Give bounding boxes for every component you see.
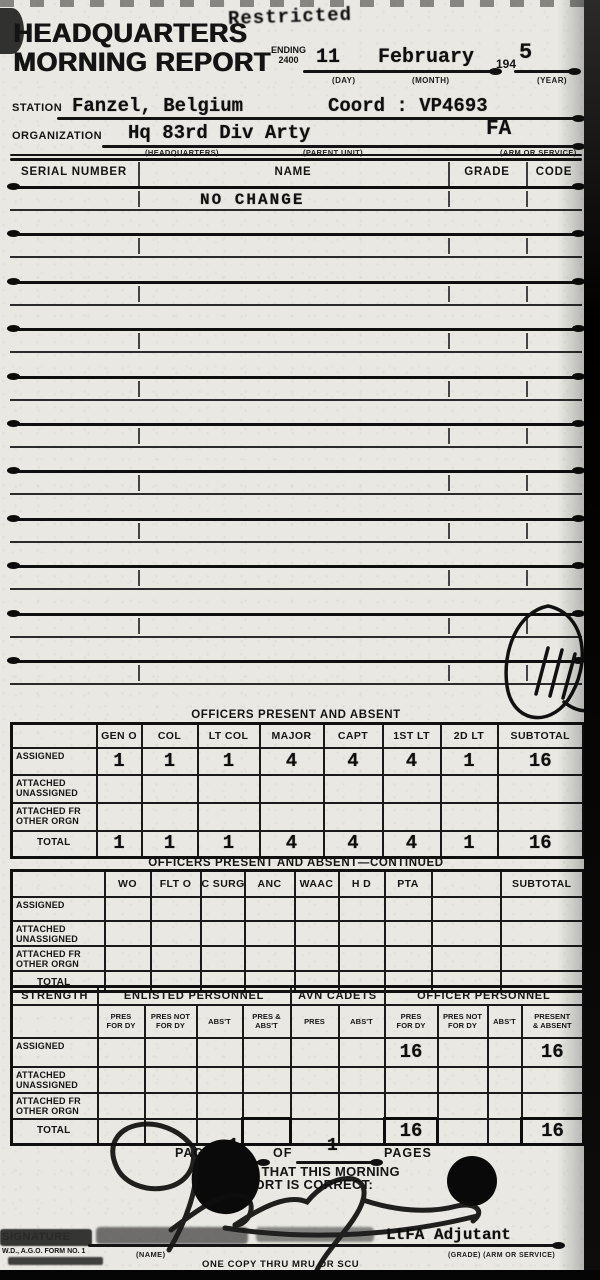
month-caption: (MONTH) (412, 76, 449, 85)
value-cell: 1 (441, 831, 498, 858)
column-header-cell: LT COL (198, 724, 260, 748)
column-header-cell: PRES (291, 1005, 339, 1038)
column-header-cell: ABS'T (488, 1005, 522, 1038)
officers-section-title: OFFICERS PRESENT AND ABSENT (10, 709, 582, 721)
column-separator (138, 523, 140, 539)
officers-continued-grid: WOFLT OC SURGANCWAACH DPTASUBTOTALASSIGN… (10, 869, 585, 993)
column-header-cell: C SURG (201, 871, 245, 897)
column-separator (138, 238, 140, 254)
path (235, 1179, 364, 1271)
value-cell: 4 (260, 831, 324, 858)
morning-report-scan: Restricted HEADQUARTERS MORNING REPORT E… (0, 0, 600, 1280)
divider-rule (10, 158, 582, 161)
value-cell: 4 (324, 831, 383, 858)
officers-present-absent-grid: GEN OCOLLT COLMAJORCAPT1ST LT2D LTSUBTOT… (10, 722, 585, 859)
table-row: ASSIGNED (12, 897, 584, 921)
scan-edge-bar (0, 1270, 600, 1280)
column-header-cell: 2D LT (441, 724, 498, 748)
table-row: ATTACHEDUNASSIGNED (12, 1067, 584, 1093)
organization-label: ORGANIZATION (12, 130, 102, 142)
group-header-cell: STRENGTH (12, 987, 98, 1005)
value-cell (385, 921, 432, 946)
table-row: ASSIGNED1616 (12, 1038, 584, 1067)
column-separator (526, 162, 528, 186)
tr: STRENGTHENLISTED PERSONNELAVN CADETSOFFI… (12, 987, 584, 1005)
value-cell (339, 1067, 385, 1093)
value-cell (97, 775, 142, 803)
column-header-cell: ABS'T (339, 1005, 385, 1038)
divider-rule (10, 154, 582, 156)
column-separator (526, 428, 528, 444)
form-date-smudge (8, 1257, 103, 1265)
name-caption: (NAME) (136, 1250, 165, 1259)
value-cell (295, 897, 339, 921)
path (113, 1124, 195, 1189)
value-cell: 1 (198, 831, 260, 858)
column-header-cell: GEN O (97, 724, 142, 748)
path (536, 648, 548, 694)
value-cell (98, 1067, 145, 1093)
value-cell (432, 921, 501, 946)
row-label-cell: ASSIGNED (12, 1038, 98, 1067)
column-separator (138, 475, 140, 491)
value-cell (385, 897, 432, 921)
value-cell: 4 (260, 748, 324, 775)
column-header-cell: ABS'T (197, 1005, 243, 1038)
year-prefix: 194 (496, 57, 516, 71)
column-separator (526, 523, 528, 539)
row-label-cell: ATTACHED FROTHER ORGN (12, 946, 105, 971)
roster-entry-name: NO CHANGE (200, 191, 304, 209)
value-cell (197, 1067, 243, 1093)
ending-label-bottom: 2400 (271, 55, 306, 65)
roster-row (10, 281, 582, 306)
column-separator (448, 333, 450, 349)
value-cell: 4 (383, 748, 441, 775)
column-separator (448, 523, 450, 539)
table-row: ATTACHED FROTHER ORGN (12, 946, 584, 971)
value-cell (432, 897, 501, 921)
roster-row: NO CHANGE (10, 186, 582, 211)
roster-row (10, 470, 582, 495)
value-cell: 1 (441, 748, 498, 775)
tr: PRESFOR DYPRES NOTFOR DYABS'TPRES &ABS'T… (12, 1005, 584, 1038)
group-header-cell: ENLISTED PERSONNEL (98, 987, 291, 1005)
column-separator (448, 238, 450, 254)
column-separator (448, 162, 450, 186)
roster-header-row: SERIAL NUMBER NAME GRADE CODE (10, 162, 582, 189)
value-cell (324, 775, 383, 803)
value-cell (324, 803, 383, 831)
grade-arm-caption: (GRADE) (ARM OR SERVICE) (448, 1252, 555, 1259)
table-row: ATTACHED FROTHER ORGN (12, 803, 584, 831)
officers-continued-table: WOFLT OC SURGANCWAACH DPTASUBTOTALASSIGN… (10, 869, 585, 993)
column-separator (138, 333, 140, 349)
value-cell (201, 946, 245, 971)
column-separator (138, 570, 140, 586)
value-cell (260, 803, 324, 831)
roster-row (10, 565, 582, 590)
roster-col-serial: SERIAL NUMBER (21, 166, 127, 178)
value-cell (295, 946, 339, 971)
value-cell (488, 1038, 522, 1067)
coordinates-value: Coord : VP4693 (328, 95, 488, 117)
form-title-line2: MORNING REPORT (13, 47, 271, 78)
table-row: ASSIGNED111444116 (12, 748, 584, 775)
column-header-cell (12, 724, 97, 748)
column-separator (138, 618, 140, 634)
column-header-cell: PRESFOR DY (98, 1005, 145, 1038)
column-separator (138, 286, 140, 302)
column-header-cell: PRESFOR DY (385, 1005, 438, 1038)
g (113, 1124, 479, 1270)
value-cell (97, 803, 142, 831)
column-separator (526, 286, 528, 302)
column-separator (448, 475, 450, 491)
column-header-cell: ANC (245, 871, 295, 897)
value-cell (201, 921, 245, 946)
column-header-cell (12, 871, 105, 897)
column-separator (448, 428, 450, 444)
signature-underline (88, 1244, 562, 1247)
table-row: ATTACHEDUNASSIGNED (12, 775, 584, 803)
row-label-cell: TOTAL (12, 831, 97, 858)
column-header-cell: MAJOR (260, 724, 324, 748)
value-cell (151, 897, 201, 921)
value-cell (201, 897, 245, 921)
table-row: TOTAL111444116 (12, 831, 584, 858)
roster-rows: NO CHANGE (10, 186, 582, 709)
value-cell: 4 (324, 748, 383, 775)
value-cell (291, 1067, 339, 1093)
row-label-cell: ASSIGNED (12, 748, 97, 775)
signature-typed-grade: LtFA Adjutant (386, 1226, 511, 1244)
form-number-text: W.D., A.G.O. FORM NO. 1 (2, 1248, 85, 1255)
officers-table: GEN OCOLLT COLMAJORCAPT1ST LT2D LTSUBTOT… (10, 722, 585, 859)
day-caption: (DAY) (332, 76, 355, 85)
station-label: STATION (12, 102, 62, 114)
value-cell (441, 775, 498, 803)
value-cell (151, 946, 201, 971)
value-cell (151, 921, 201, 946)
column-separator (138, 665, 140, 681)
value-cell: 1 (198, 748, 260, 775)
row-label-cell: ASSIGNED (12, 897, 105, 921)
column-header-cell: PRES NOTFOR DY (438, 1005, 488, 1038)
row-label-cell: ATTACHEDUNASSIGNED (12, 921, 105, 946)
date-underline (303, 70, 499, 73)
value-cell: 16 (385, 1038, 438, 1067)
column-separator (526, 191, 528, 207)
column-separator (526, 238, 528, 254)
arm-service-value: FA (486, 118, 511, 141)
column-header-cell: CAPT (324, 724, 383, 748)
value-cell (385, 1067, 438, 1093)
column-header-cell: PRES &ABS'T (243, 1005, 291, 1038)
column-separator (138, 428, 140, 444)
roster-col-grade: GRADE (464, 166, 510, 178)
column-separator (526, 381, 528, 397)
value-cell (339, 1038, 385, 1067)
row-label-cell: ATTACHED FROTHER ORGN (12, 803, 97, 831)
value-cell (245, 946, 295, 971)
column-separator (138, 381, 140, 397)
value-cell (488, 1067, 522, 1093)
value-cell (142, 775, 198, 803)
column-header-cell: COL (142, 724, 198, 748)
value-cell (243, 1038, 291, 1067)
column-separator (448, 381, 450, 397)
value-cell (98, 1038, 145, 1067)
value-cell (142, 803, 198, 831)
column-header-cell: FLT O (151, 871, 201, 897)
roster-row (10, 660, 582, 685)
value-cell (105, 897, 151, 921)
roster-row (10, 328, 582, 353)
year-suffix-value: 5 (519, 40, 532, 65)
row-label-cell: ATTACHEDUNASSIGNED (12, 1067, 98, 1093)
value-cell (145, 1038, 197, 1067)
value-cell (339, 946, 385, 971)
value-cell (432, 946, 501, 971)
tr: WOFLT OC SURGANCWAACH DPTASUBTOTAL (12, 871, 584, 897)
row-label-cell: ATTACHEDUNASSIGNED (12, 775, 97, 803)
column-header-cell: WO (105, 871, 151, 897)
value-cell (385, 946, 432, 971)
date-day-value: 11 (316, 46, 340, 69)
value-cell (105, 946, 151, 971)
column-header-cell: PRES NOTFOR DY (145, 1005, 197, 1038)
value-cell (339, 897, 385, 921)
roster-row (10, 423, 582, 448)
value-cell (295, 921, 339, 946)
column-separator (448, 286, 450, 302)
scan-edge-shadow (558, 0, 584, 1280)
value-cell (260, 775, 324, 803)
station-value: Fanzel, Belgium (72, 95, 243, 117)
roster-row (10, 376, 582, 401)
value-cell: 1 (142, 748, 198, 775)
value-cell (438, 1038, 488, 1067)
column-header-cell: WAAC (295, 871, 339, 897)
organization-value: Hq 83rd Div Arty (128, 122, 310, 144)
value-cell (105, 921, 151, 946)
roster-col-name: NAME (274, 166, 311, 178)
signature-label: SIGNATURE (2, 1231, 70, 1243)
column-header-cell: 1ST LT (383, 724, 441, 748)
value-cell (145, 1067, 197, 1093)
scan-edge-band (584, 0, 600, 1280)
value-cell (438, 1067, 488, 1093)
roster-row (10, 233, 582, 258)
date-month-value: February (378, 46, 474, 69)
form-title-line1: HEADQUARTERS (13, 18, 247, 49)
ending-label-top: ENDING (271, 45, 306, 55)
value-cell (198, 775, 260, 803)
value-cell (197, 1038, 243, 1067)
group-header-cell: OFFICER PERSONNEL (385, 987, 584, 1005)
table-row: ATTACHEDUNASSIGNED (12, 921, 584, 946)
value-cell (441, 803, 498, 831)
value-cell (383, 803, 441, 831)
column-separator (526, 475, 528, 491)
ink-smudge (96, 1227, 248, 1244)
value-cell (243, 1067, 291, 1093)
value-cell: 1 (97, 831, 142, 858)
group-header-cell: AVN CADETS (291, 987, 385, 1005)
ink-smudge (256, 1227, 374, 1242)
column-separator (138, 162, 140, 186)
column-separator (448, 570, 450, 586)
roster-row (10, 518, 582, 543)
column-header-cell (432, 871, 501, 897)
value-cell: 1 (97, 748, 142, 775)
officers-continued-title: OFFICERS PRESENT AND ABSENT—CONTINUED (10, 857, 582, 869)
value-cell (383, 775, 441, 803)
column-separator (526, 333, 528, 349)
column-separator (448, 665, 450, 681)
column-separator (138, 191, 140, 207)
value-cell (339, 921, 385, 946)
value-cell (198, 803, 260, 831)
ending-label: ENDING 2400 (271, 45, 306, 66)
value-cell: 1 (142, 831, 198, 858)
value-cell (245, 921, 295, 946)
value-cell (245, 897, 295, 921)
column-separator (526, 570, 528, 586)
copy-routing-note: ONE COPY THRU MRU OR SCU (202, 1259, 359, 1270)
value-cell (291, 1038, 339, 1067)
column-header-cell: PTA (385, 871, 432, 897)
value-cell: 4 (383, 831, 441, 858)
column-header-cell: H D (339, 871, 385, 897)
column-header-cell (12, 1005, 98, 1038)
roster-row (10, 613, 582, 638)
column-separator (448, 618, 450, 634)
column-separator (448, 191, 450, 207)
